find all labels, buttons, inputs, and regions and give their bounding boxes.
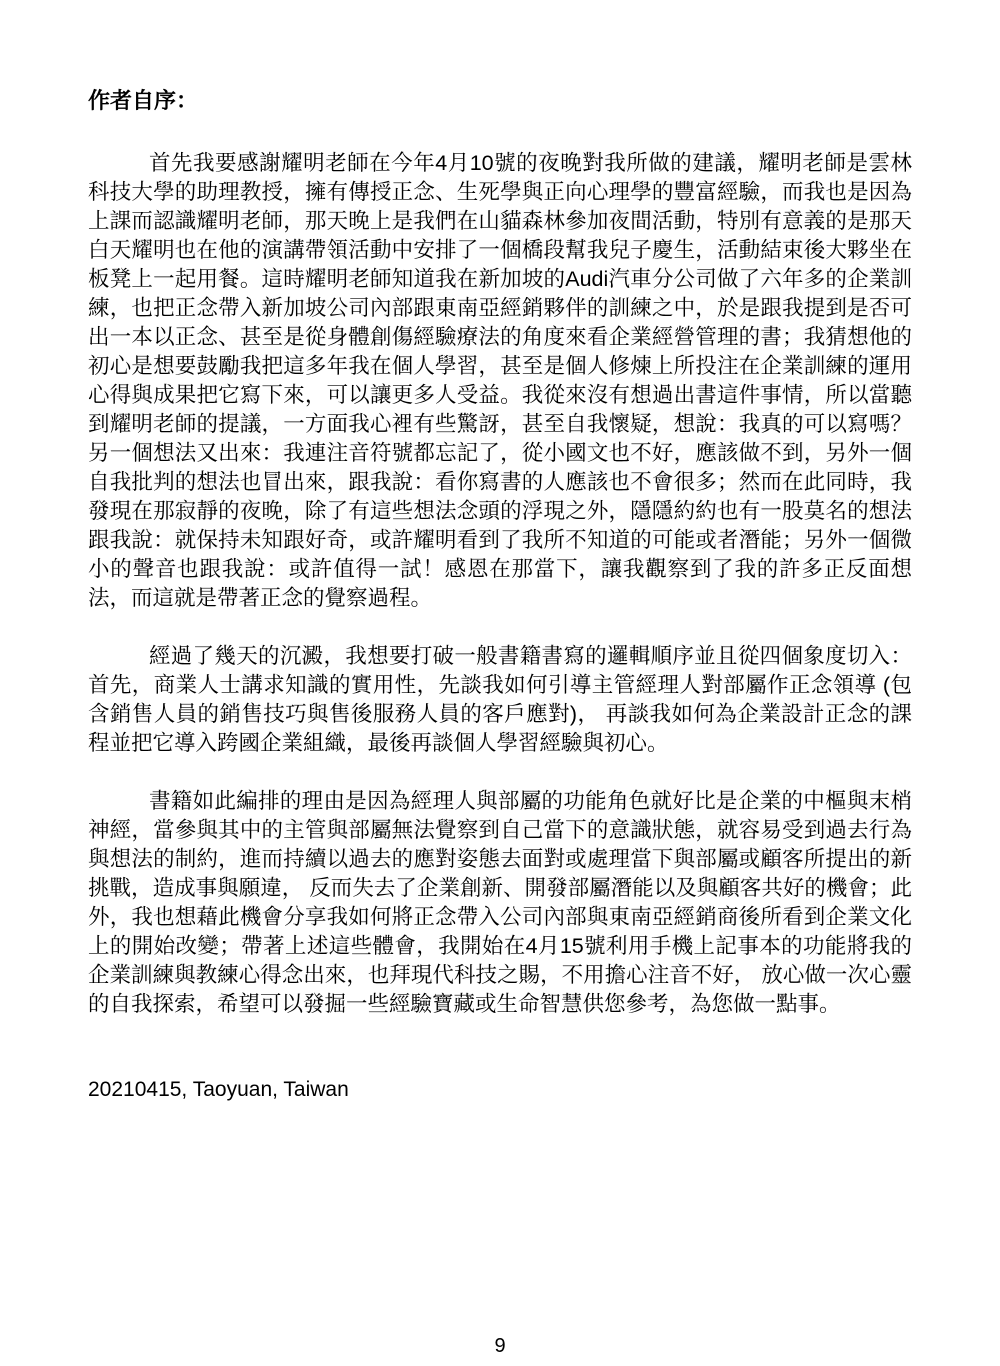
preface-paragraph-1: 首先我要感謝耀明老師在今年4月10號的夜晚對我所做的建議，耀明老師是雲林科技大學… xyxy=(88,149,912,613)
page-number: 9 xyxy=(0,1334,1000,1358)
preface-paragraph-2: 經過了幾天的沉澱，我想要打破一般書籍書寫的邏輯順序並且從四個象度切入： 首先，商… xyxy=(88,642,912,758)
document-page: 作者自序： 首先我要感謝耀明老師在今年4月10號的夜晚對我所做的建議，耀明老師是… xyxy=(0,0,1000,1366)
document-title: 作者自序： xyxy=(88,86,912,115)
preface-paragraph-3: 書籍如此編排的理由是因為經理人與部屬的功能角色就好比是企業的中樞與末梢神經，當參… xyxy=(88,787,912,1019)
signature-line: 20210415, Taoyuan, Taiwan xyxy=(88,1075,912,1104)
